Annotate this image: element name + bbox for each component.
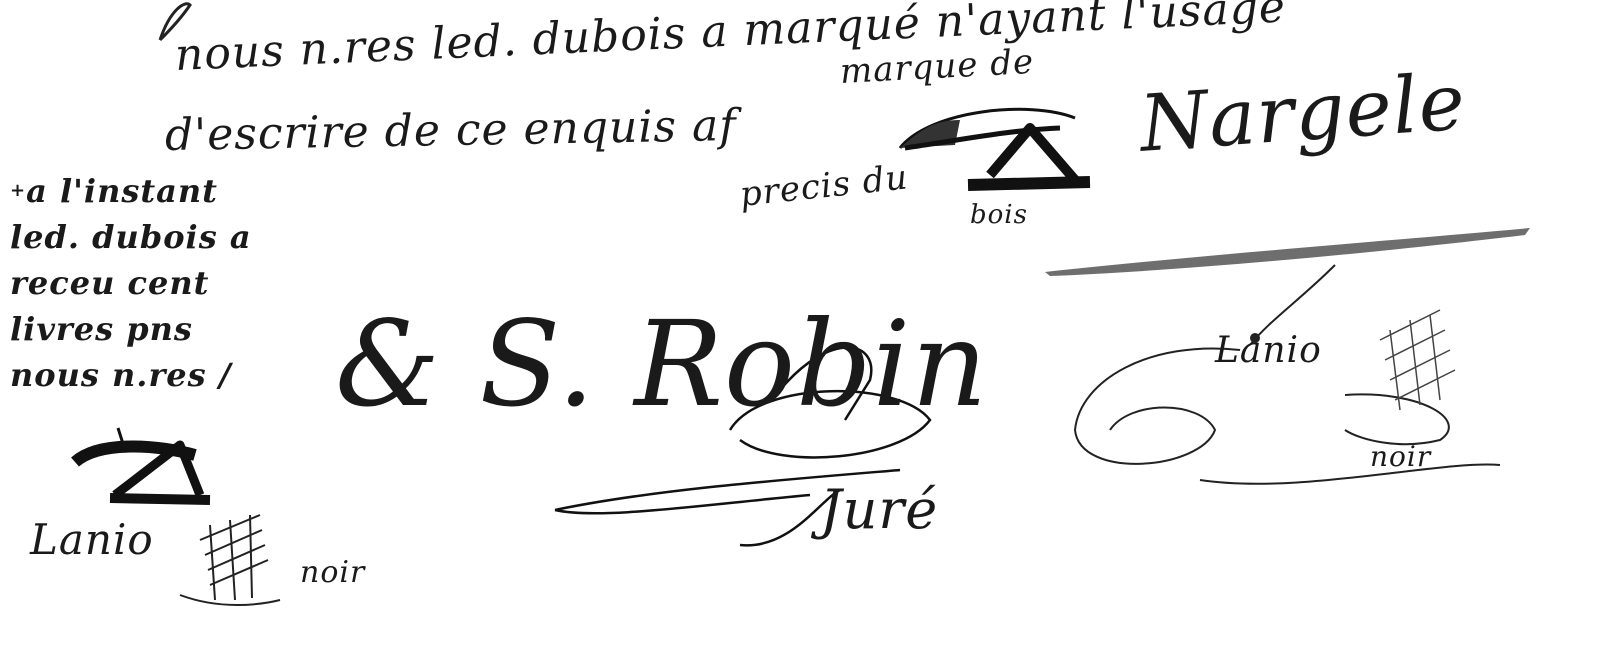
- mark-sublabel: bois: [970, 200, 1028, 230]
- marginal-note-line-5: nous n.res /: [10, 352, 232, 398]
- dubois-mark-lower: [75, 428, 210, 500]
- marginal-note-line-3: receu cent: [10, 260, 209, 306]
- dubois-mark-upper: [900, 109, 1090, 185]
- hatched-mark-right: [1380, 310, 1455, 410]
- signature-lanio-right: Lanio: [1215, 330, 1322, 371]
- signature-robin: & S. Robin: [335, 295, 988, 433]
- marginal-note-line-4: livres pns: [10, 306, 193, 352]
- signature-robin-title: Juré: [820, 478, 938, 541]
- hatched-mark-left: [180, 515, 280, 605]
- marginal-marker: +: [10, 180, 26, 201]
- document-page: nous n.res led. dubois a marqué n'ayant …: [0, 0, 1600, 653]
- marginal-note-line-1: +a l'instant: [10, 168, 218, 214]
- signature-lanio-right-title: noir: [1370, 440, 1431, 473]
- record-text-line-2: d'escrire de ce enquis af: [165, 100, 737, 161]
- signature-lanio-left-title: noir: [300, 555, 365, 590]
- signature-lanio-left: Lanio: [30, 515, 154, 564]
- pen-stroke-mark: [1045, 228, 1530, 276]
- marginal-note-line-2: led. dubois a: [10, 214, 252, 260]
